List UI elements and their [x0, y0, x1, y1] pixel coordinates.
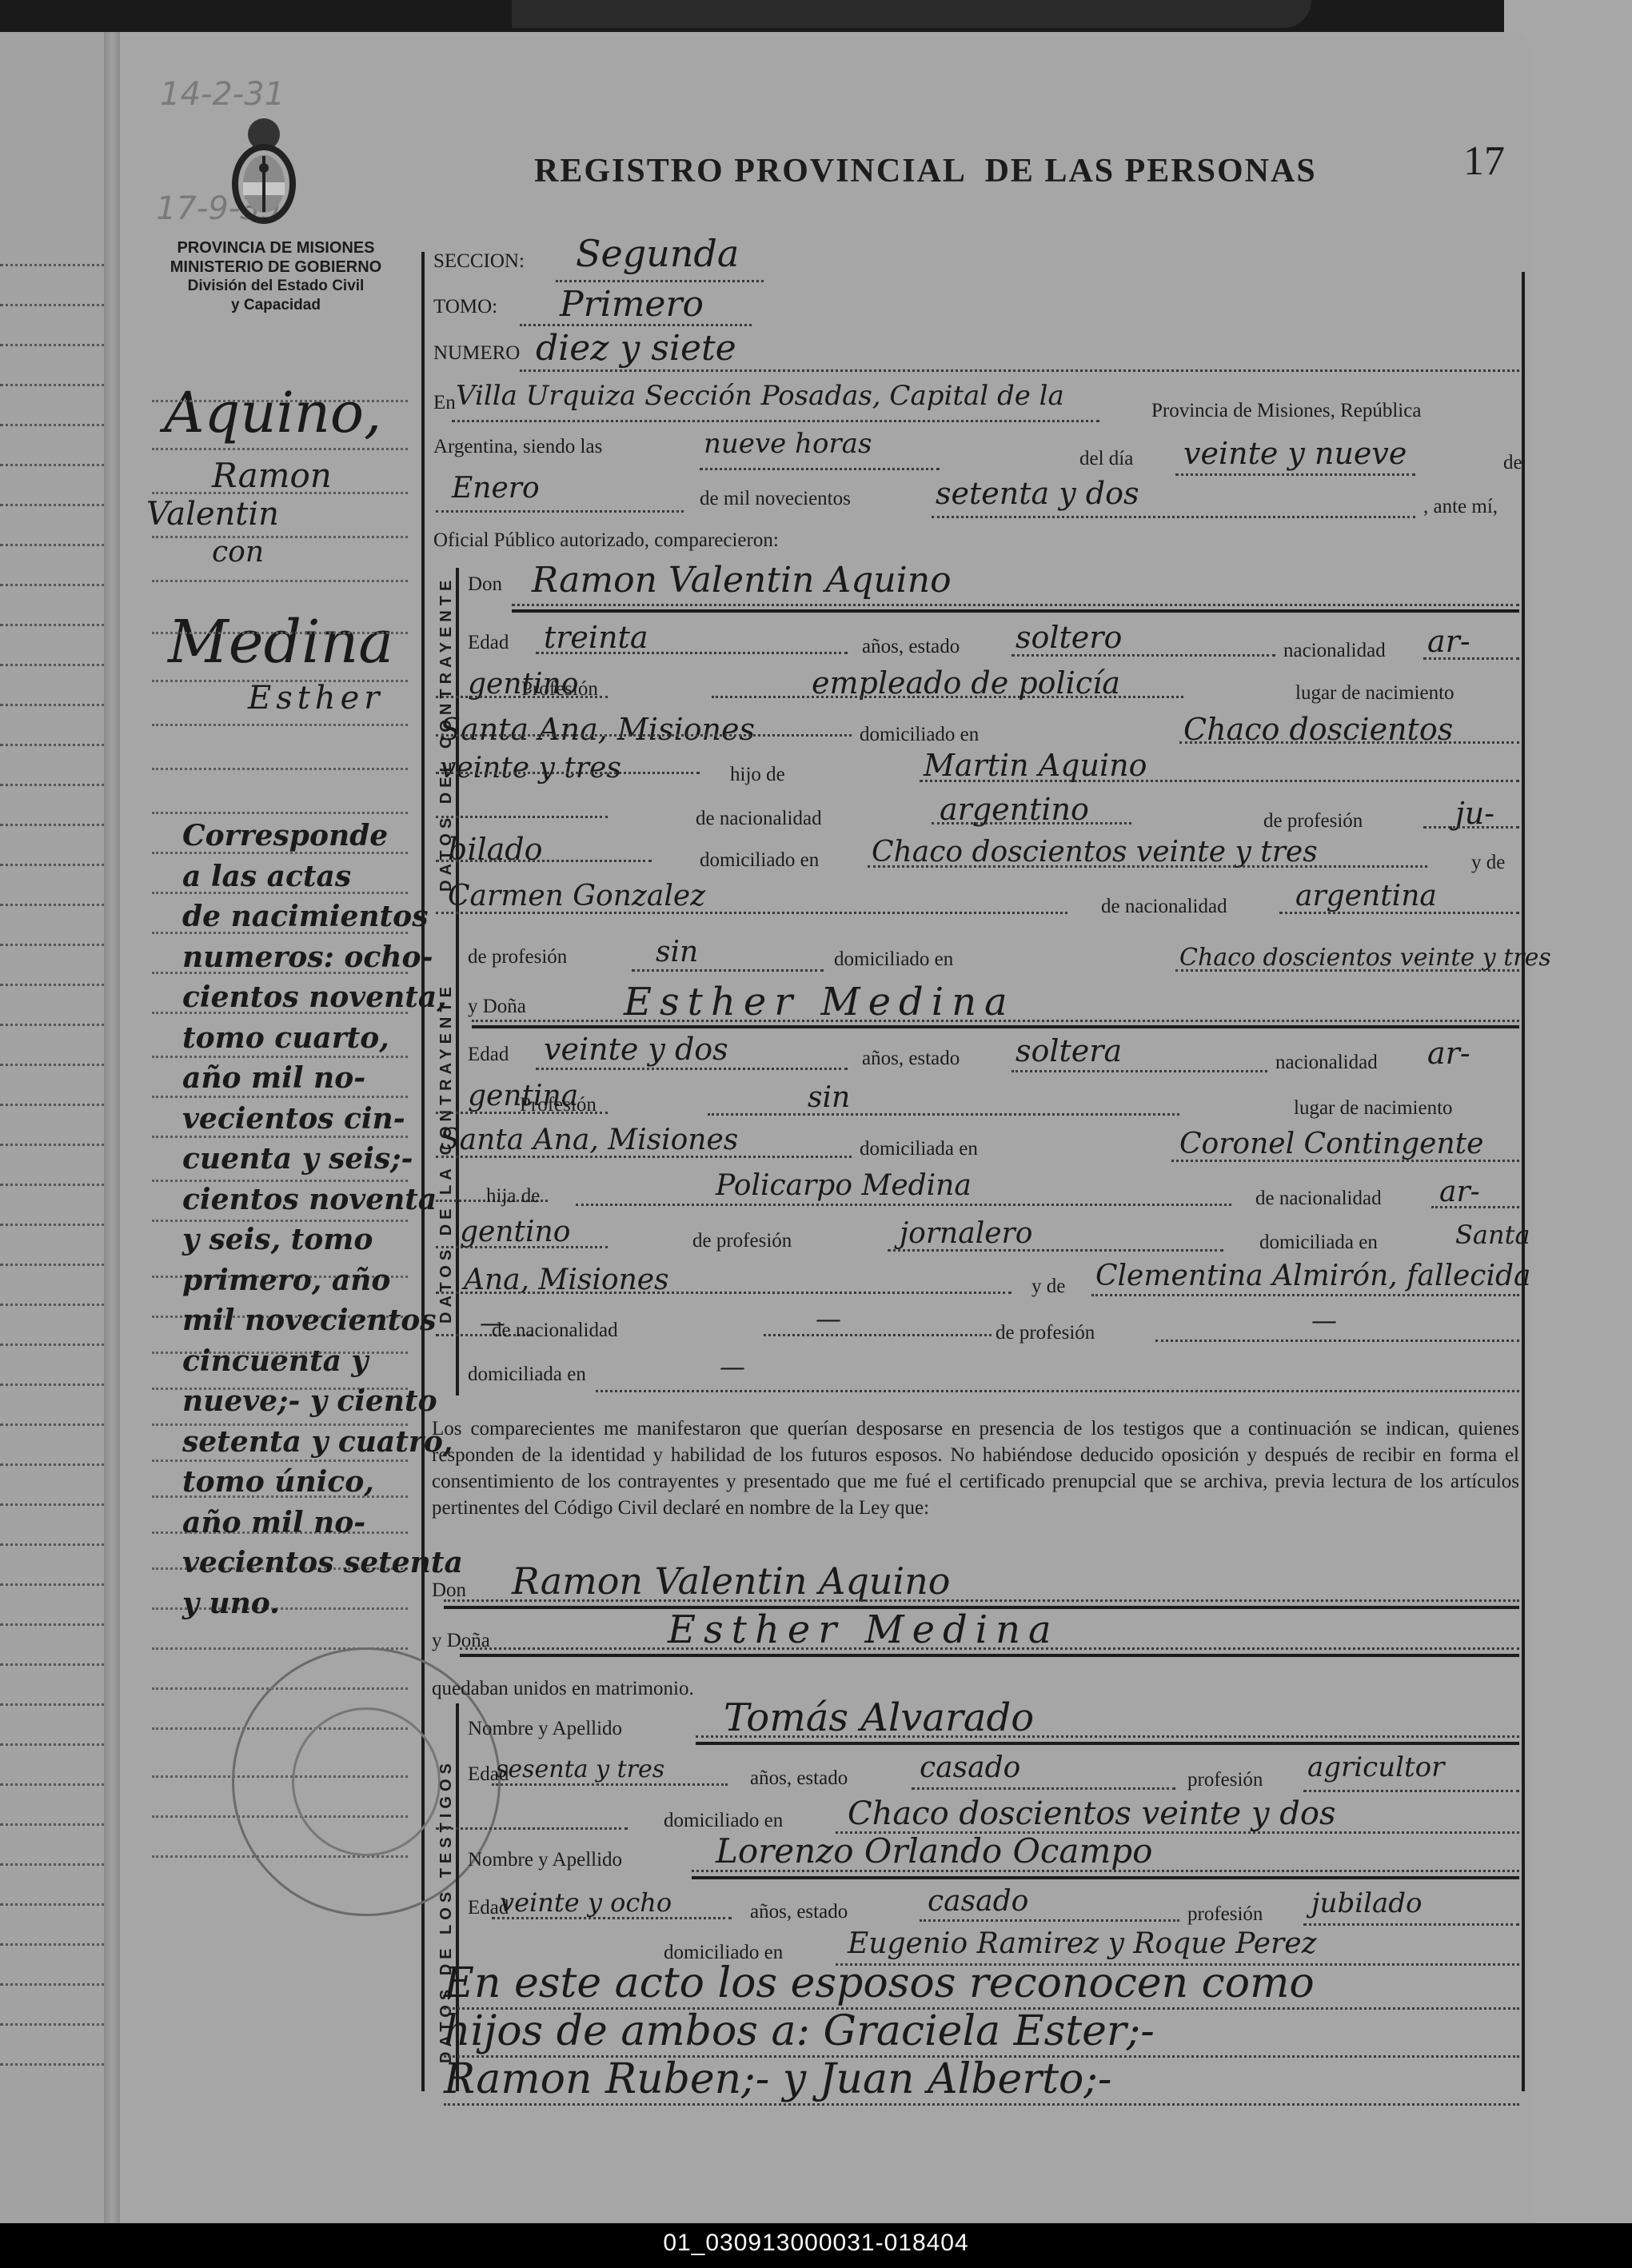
dona-label: y Doña — [468, 996, 526, 1018]
groom-father: Martin Aquino — [924, 748, 1147, 783]
bride-domicilio: Coronel Contingente — [1179, 1128, 1483, 1160]
margin-annotation-line: primero, año — [182, 1260, 422, 1301]
bride-edad-label: Edad — [468, 1044, 509, 1066]
margin-surname-2: Medina — [168, 608, 393, 677]
margin-con: con — [212, 536, 264, 569]
page-title: REGISTRO PROVINCIAL DE LAS PERSONAS — [534, 152, 1317, 190]
groom-edad-label: Edad — [468, 632, 509, 654]
bride-y-de-label: y de — [1031, 1276, 1065, 1298]
bride-father-nacionalidad-a: ar- — [1439, 1176, 1480, 1208]
bride-mother-profesion: — — [1311, 1305, 1337, 1336]
groom-domicilio-b: veinte y tres — [440, 752, 621, 785]
groom-mother-profesion-label: de profesión — [468, 946, 567, 968]
margin-annotation-line: mil novecientos — [182, 1300, 422, 1341]
bride-father: Policarpo Medina — [716, 1169, 972, 1202]
margin-given-name-2: Valentin — [146, 496, 279, 533]
acknowledgment-note-line: hijos de ambos a: Graciela Ester;- — [444, 2007, 1519, 2055]
bride-mother: Clementina Almirón, fallecida — [1095, 1260, 1530, 1292]
mes-value: Enero — [452, 472, 540, 505]
declaration-closing: quedaban unidos en matrimonio. — [432, 1678, 694, 1700]
groom-anos-estado-label: años, estado — [862, 636, 960, 658]
margin-annotation-line: numeros: ocho- — [182, 937, 422, 978]
groom-nacionalidad-a: ar- — [1427, 624, 1470, 659]
witness2-profesion-label: profesión — [1187, 1903, 1263, 1926]
groom-father-domicilio: Chaco doscientos veinte y tres — [872, 836, 1318, 868]
agency-ministry: MINISTERIO DE GOBIERNO — [144, 258, 408, 277]
bride-edad: veinte y dos — [544, 1032, 728, 1067]
witness2-domicilio: Eugenio Ramirez y Roque Perez — [848, 1927, 1317, 1960]
acknowledgment-note: En este acto los esposos reconocen como … — [444, 1959, 1519, 2103]
witness2-anos-estado-label: años, estado — [750, 1901, 848, 1923]
bride-profesion: sin — [808, 1081, 850, 1114]
bride-estado: soltera — [1016, 1033, 1122, 1068]
groom-mother-nacionalidad-label: de nacionalidad — [1101, 896, 1227, 918]
bride-nacionalidad-label: nacionalidad — [1275, 1052, 1378, 1074]
margin-annotation-line: y uno. — [182, 1583, 422, 1624]
bride-lugar-label: lugar de nacimiento — [1294, 1097, 1453, 1120]
margin-annotation: Corresponde a las actas de nacimientos n… — [182, 816, 422, 1623]
bride-anos-estado-label: años, estado — [862, 1048, 960, 1070]
groom-lugar-label: lugar de nacimiento — [1295, 682, 1454, 705]
en-label: En — [433, 392, 456, 414]
agency-division: División del Estado Civil — [144, 277, 408, 296]
bride-father-domicilio-a: Santa — [1455, 1220, 1530, 1250]
bride-father-profesion: jornalero — [900, 1217, 1032, 1250]
ante-label: , ante mí, — [1423, 496, 1498, 518]
bride-mother-profesion-label: de profesión — [996, 1322, 1095, 1344]
agency-division-2: y Capacidad — [144, 296, 408, 315]
witness1-domiciliado-label: domiciliado en — [664, 1810, 783, 1832]
witness1-nombre: Tomás Alvarado — [724, 1695, 1034, 1740]
oficial-text: Oficial Público autorizado, compareciero… — [433, 529, 779, 552]
declaration-dona-value: Esther Medina — [668, 1607, 1059, 1652]
groom-mother: Carmen Gonzalez — [448, 880, 705, 912]
groom-hijo-label: hijo de — [730, 764, 785, 786]
margin-annotation-line: cuenta y seis;- — [182, 1139, 422, 1180]
del-dia-label: del día — [1079, 448, 1133, 470]
mil-label: de mil novecientos — [700, 488, 851, 510]
margin-annotation-line: a las actas — [182, 856, 422, 897]
anio-value: setenta y dos — [936, 476, 1139, 511]
declaration-don-value: Ramon Valentin Aquino — [512, 1559, 950, 1603]
bride-mother-nacionalidad: — — [816, 1304, 841, 1334]
margin-annotation-line: vecientos setenta — [182, 1543, 422, 1583]
page-number: 17 — [1463, 138, 1505, 185]
bride-nacionalidad-a: ar- — [1427, 1036, 1470, 1071]
declaration-don-label: Don — [432, 1579, 466, 1602]
bride-father-profesion-label: de profesión — [692, 1230, 792, 1252]
witness2-profesion: jubilado — [1311, 1887, 1422, 1919]
margin-annotation-line: año mil no- — [182, 1503, 422, 1543]
tomo-label: TOMO: — [433, 296, 497, 318]
groom-lugar: Santa Ana, Misiones — [440, 712, 755, 747]
witness1-estado: casado — [920, 1751, 1020, 1784]
bride-father-domiciliada-label: domiciliada en — [1259, 1232, 1378, 1254]
margin-annotation-line: año mil no- — [182, 1058, 422, 1099]
groom-mother-nacionalidad: argentina — [1295, 880, 1437, 912]
don-label: Don — [468, 573, 502, 596]
form-right-border — [1522, 272, 1525, 2091]
margin-surname-1: Aquino, — [164, 380, 381, 445]
margin-annotation-line: tomo único, — [182, 1462, 422, 1503]
margin-annotation-line: Corresponde — [182, 816, 422, 856]
bride-profesion-label: Profesión — [520, 1094, 597, 1116]
witness2-edad: veinte y ocho — [500, 1887, 672, 1918]
margin-annotation-line: tomo cuarto, — [182, 1018, 422, 1059]
margin-given-name-3: Esther — [248, 680, 384, 717]
bride-mother-domiciliada-label: domiciliada en — [468, 1364, 586, 1386]
witness1-nombre-label: Nombre y Apellido — [468, 1718, 622, 1740]
argentina-text: Argentina, siendo las — [433, 436, 602, 458]
groom-father-nacionalidad-label: de nacionalidad — [696, 808, 822, 830]
margin-annotation-line: de nacimientos — [182, 896, 422, 937]
groom-father-profesion-label: de profesión — [1263, 810, 1363, 833]
bride-mother-nacionalidad-label: de nacionalidad — [492, 1320, 618, 1342]
dia-value: veinte y nueve — [1183, 436, 1407, 471]
declaration-paragraph: Los comparecientes me manifestaron que q… — [432, 1416, 1519, 1521]
witness2-nombre-label: Nombre y Apellido — [468, 1849, 622, 1871]
groom-father-domiciliado-label: domiciliado en — [700, 849, 819, 872]
agency-block: PROVINCIA DE MISIONES MINISTERIO DE GOBI… — [144, 238, 408, 315]
image-id: 01_030913000031-018404 — [0, 2230, 1632, 2257]
pencil-note-1: 14-2-31 — [160, 76, 285, 113]
hora-value: nueve horas — [704, 428, 872, 460]
witness1-profesion: agricultor — [1307, 1751, 1444, 1783]
book-spine — [104, 32, 120, 2223]
bride-domiciliada-label: domiciliada en — [860, 1138, 978, 1160]
margin-given-name: Ramon — [212, 456, 332, 495]
groom-estado: soltero — [1016, 620, 1122, 655]
groom-mother-profesion: sin — [656, 936, 698, 968]
bride-mother-domicilio: — — [720, 1352, 745, 1382]
margin-annotation-line: cientos noventa, — [182, 977, 422, 1018]
bride-hija-label: hija de — [486, 1185, 540, 1208]
bride-father-nacionalidad-b: gentino — [460, 1216, 570, 1248]
groom-name: Ramon Valentin Aquino — [532, 560, 952, 601]
groom-nacionalidad-label: nacionalidad — [1283, 640, 1386, 662]
margin-annotation-line: setenta y cuatro, — [182, 1422, 422, 1463]
image-id-bar: 01_030913000031-018404 — [0, 2223, 1632, 2268]
acknowledgment-note-line: En este acto los esposos reconocen como — [444, 1959, 1519, 2007]
witness1-profesion-label: profesión — [1187, 1769, 1263, 1791]
official-seal-inner — [292, 1707, 441, 1856]
de-label: de — [1503, 452, 1522, 474]
margin-annotation-line: vecientos cin- — [182, 1099, 422, 1140]
witness1-anos-estado-label: años, estado — [750, 1767, 848, 1790]
witness2-nombre: Lorenzo Orlando Ocampo — [716, 1831, 1152, 1871]
groom-mother-domicilio: Chaco doscientos veinte y tres — [1179, 944, 1551, 972]
acknowledgment-note-line: Ramon Ruben;- y Juan Alberto;- — [444, 2055, 1519, 2103]
seccion-label: SECCION: — [433, 250, 525, 273]
bride-lugar: Santa Ana, Misiones — [440, 1124, 738, 1156]
margin-annotation-line: y seis, tomo — [182, 1220, 422, 1260]
bride-name: Esther Medina — [624, 980, 1016, 1024]
witness1-domicilio: Chaco doscientos veinte y dos — [848, 1795, 1335, 1832]
margin-annotation-line: nueve;- y ciento — [182, 1381, 422, 1422]
witness1-edad: sesenta y tres — [496, 1755, 664, 1783]
groom-domiciliado-label: domiciliado en — [860, 724, 979, 746]
groom-profesion-label: Profesión — [521, 678, 598, 701]
groom-edad: treinta — [544, 620, 648, 655]
seccion-value: Segunda — [576, 232, 739, 275]
witness2-estado: casado — [928, 1885, 1028, 1918]
provincia-text: Provincia de Misiones, República — [1151, 400, 1421, 422]
margin-annotation-line: cincuenta y — [182, 1341, 422, 1382]
numero-value: diez y siete — [536, 328, 736, 369]
groom-y-de-label: y de — [1471, 852, 1505, 874]
book-cover-edge — [512, 0, 1311, 28]
numero-label: NUMERO — [433, 342, 520, 365]
margin-annotation-line: cientos noventa — [182, 1180, 422, 1220]
agency-province: PROVINCIA DE MISIONES — [144, 238, 408, 258]
groom-mother-domiciliado-label: domiciliado en — [834, 948, 953, 971]
bride-father-nacionalidad-label: de nacionalidad — [1255, 1188, 1382, 1210]
en-value: Villa Urquiza Sección Posadas, Capital d… — [456, 380, 1064, 412]
tomo-value: Primero — [560, 284, 704, 325]
argentine-coat-of-arms-icon — [232, 112, 296, 232]
